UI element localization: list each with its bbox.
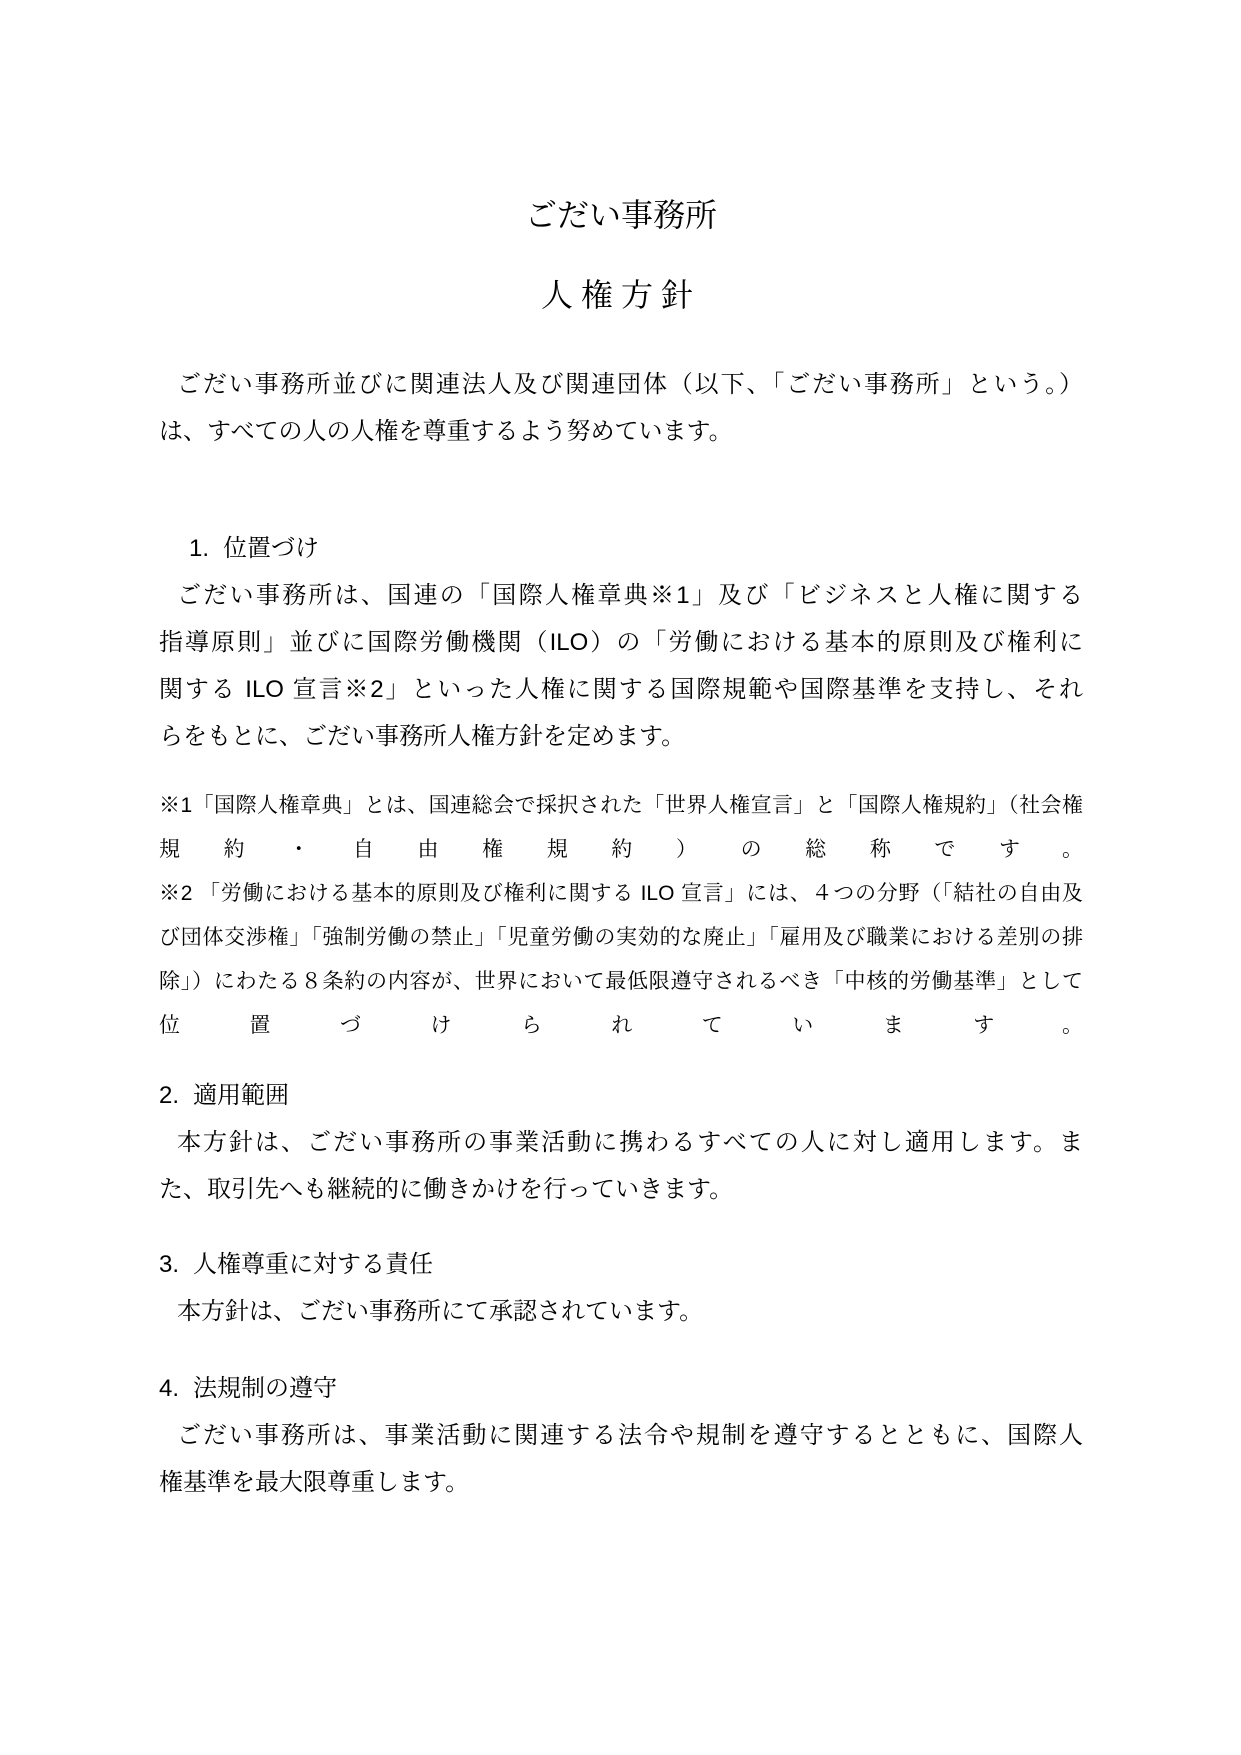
paragraph-line: 関する ILO 宣言※2」といった人権に関する国際規範や国際基準を支持し、それ [159, 666, 1083, 713]
section-scope: 2.適用範囲 本方針は、ごだい事務所の事業活動に携わるすべての人に対し適用します… [159, 1072, 1083, 1213]
section-title: 適用範囲 [193, 1082, 289, 1109]
paragraph-line: 権基準を最大限尊重します。 [159, 1459, 1083, 1506]
intro-paragraph: ごだい事務所並びに関連法人及び関連団体（以下、「ごだい事務所」という。） は、す… [159, 361, 1083, 455]
section-number: 4. [159, 1365, 179, 1412]
section-heading: 1.位置づけ [159, 525, 1083, 572]
paragraph-line: ごだい事務所並びに関連法人及び関連団体（以下、「ごだい事務所」という。） [159, 361, 1083, 408]
paragraph-line: ごだい事務所は、国連の「国際人権章典※1」及び「ビジネスと人権に関する [159, 572, 1083, 619]
paragraph-line: らをもとに、ごだい事務所人権方針を定めます。 [159, 713, 1083, 760]
section-body: ごだい事務所は、事業活動に関連する法令や規制を遵守するとともに、国際人 権基準を… [159, 1412, 1083, 1506]
paragraph-line: 本方針は、ごだい事務所の事業活動に携わるすべての人に対し適用します。ま [159, 1119, 1083, 1166]
footnote-line: ※2 「労働における基本的原則及び権利に関する ILO 宣言」には、４つの分野（… [159, 872, 1083, 916]
section-positioning: 1.位置づけ ごだい事務所は、国連の「国際人権章典※1」及び「ビジネスと人権に関… [159, 525, 1083, 760]
footnote-line: 除」）にわたる８条約の内容が、世界において最低限遵守されるべき「中核的労働基準」… [159, 960, 1083, 1004]
section-title: 法規制の遵守 [193, 1375, 337, 1402]
footnote-line: ※1「国際人権章典」とは、国連総会で採択された「世界人権宣言」と「国際人権規約」… [159, 784, 1083, 828]
section-responsibility: 3.人権尊重に対する責任 本方針は、ごだい事務所にて承認されています。 [159, 1241, 1083, 1335]
footnotes-block: ※1「国際人権章典」とは、国連総会で採択された「世界人権宣言」と「国際人権規約」… [159, 784, 1083, 1048]
section-heading: 2.適用範囲 [159, 1072, 1083, 1119]
paragraph-line: は、すべての人の人権を尊重するよう努めています。 [159, 408, 1083, 455]
section-title: 人権尊重に対する責任 [193, 1251, 433, 1278]
section-body: 本方針は、ごだい事務所の事業活動に携わるすべての人に対し適用します。ま た、取引… [159, 1119, 1083, 1213]
paragraph-line: 指導原則」並びに国際労働機関（ILO）の「労働における基本的原則及び権利に [159, 619, 1083, 666]
paragraph-line: ごだい事務所は、事業活動に関連する法令や規制を遵守するとともに、国際人 [159, 1412, 1083, 1459]
section-number: 1. [189, 525, 209, 572]
footnote-line: び団体交渉権」「強制労働の禁止」「児童労働の実効的な廃止」「雇用及び職業における… [159, 916, 1083, 960]
section-number: 3. [159, 1241, 179, 1288]
footnote-line: 位置づけられています。 [159, 1004, 1083, 1048]
document-page: ごだい事務所 人権方針 ごだい事務所並びに関連法人及び関連団体（以下、「ごだい事… [0, 0, 1241, 1755]
footnote-1: ※1「国際人権章典」とは、国連総会で採択された「世界人権宣言」と「国際人権規約」… [159, 784, 1083, 872]
document-subtitle: 人権方針 [159, 275, 1083, 315]
section-body: 本方針は、ごだい事務所にて承認されています。 [159, 1288, 1083, 1335]
section-title: 位置づけ [223, 535, 319, 562]
section-heading: 4.法規制の遵守 [159, 1365, 1083, 1412]
footnote-line: 規約・自由権規約）の総称です。 [159, 828, 1083, 872]
document-title: ごだい事務所 [159, 195, 1083, 235]
paragraph-line: 本方針は、ごだい事務所にて承認されています。 [159, 1288, 1083, 1335]
section-number: 2. [159, 1072, 179, 1119]
section-heading: 3.人権尊重に対する責任 [159, 1241, 1083, 1288]
section-body: ごだい事務所は、国連の「国際人権章典※1」及び「ビジネスと人権に関する 指導原則… [159, 572, 1083, 760]
footnote-2: ※2 「労働における基本的原則及び権利に関する ILO 宣言」には、４つの分野（… [159, 872, 1083, 1048]
paragraph-line: た、取引先へも継続的に働きかけを行っていきます。 [159, 1166, 1083, 1213]
section-legal-compliance: 4.法規制の遵守 ごだい事務所は、事業活動に関連する法令や規制を遵守するとともに… [159, 1365, 1083, 1506]
